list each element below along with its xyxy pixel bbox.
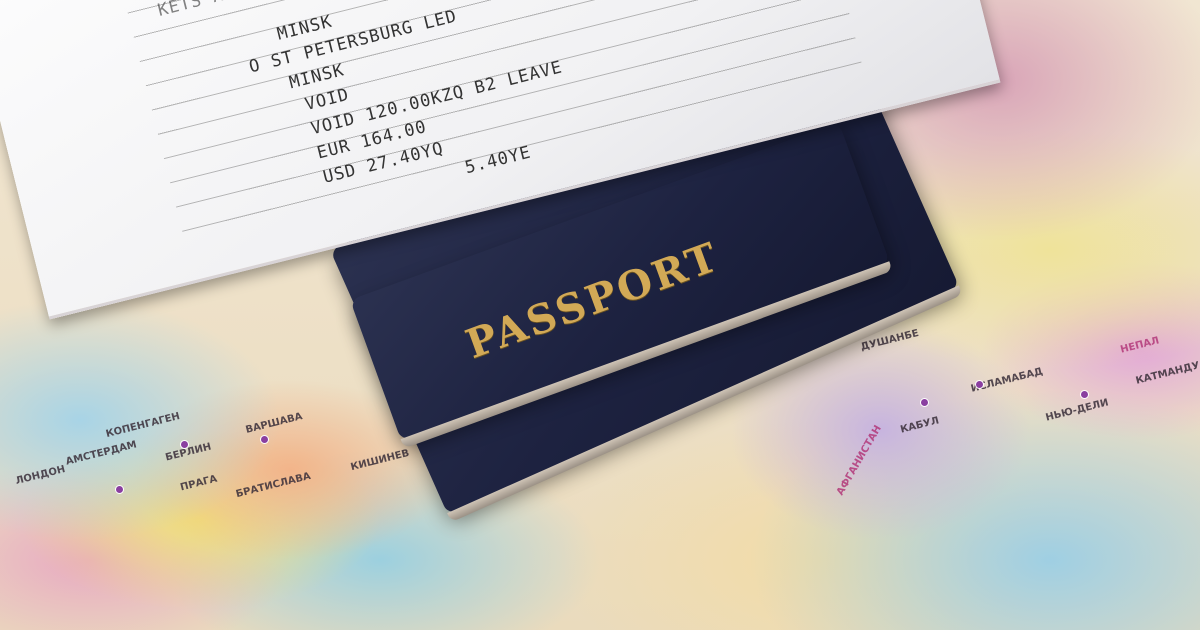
city-dot [975, 380, 984, 389]
city-dot [260, 435, 269, 444]
map-label-kathmandu: КАТМАНДУ [1135, 360, 1200, 387]
map-label-chisinau: КИШИНЕВ [350, 448, 411, 473]
map-label-afghanistan: АФГАНИСТАН [835, 424, 884, 498]
map-label-kabul: КАБУЛ [899, 415, 940, 435]
map-background: ЛОНДОН АМСТЕРДАМ КОПЕНГАГЕН БЕРЛИН ВАРША… [0, 0, 1200, 630]
map-label-copenhagen: КОПЕНГАГЕН [105, 411, 181, 440]
map-label-london: ЛОНДОН [14, 464, 66, 487]
city-dot [115, 485, 124, 494]
map-label-amsterdam: АМСТЕРДАМ [65, 439, 138, 467]
city-dot [180, 440, 189, 449]
map-label-new-delhi: НЬЮ-ДЕЛИ [1045, 397, 1110, 423]
map-label-prague: ПРАГА [179, 474, 218, 494]
map-label-bratislava: БРАТИСЛАВА [235, 471, 312, 500]
map-label-warsaw: ВАРШАВА [245, 411, 304, 436]
city-dot [920, 398, 929, 407]
map-label-nepal: НЕПАЛ [1119, 335, 1160, 355]
city-dot [1080, 390, 1089, 399]
